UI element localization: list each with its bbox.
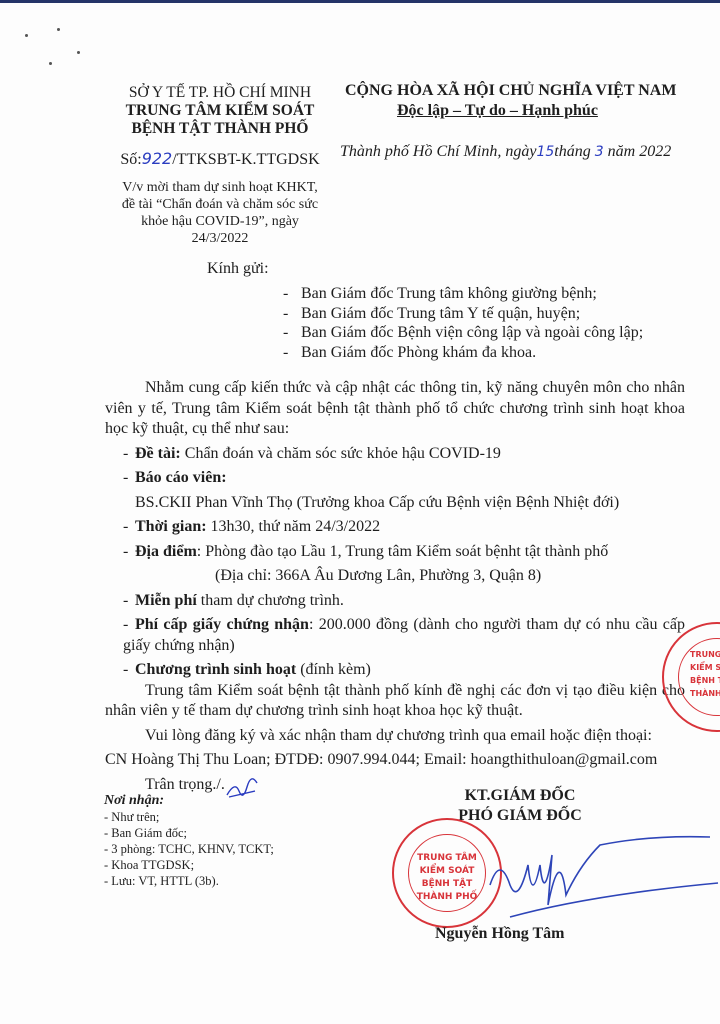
agency-name-line1: TRUNG TÂM KIỂM SOÁT bbox=[92, 102, 348, 120]
speaker-name: BS.CKII Phan Vĩnh Thọ (Trưởng khoa Cấp c… bbox=[105, 493, 685, 514]
detail-free: -Miễn phí tham dự chương trình. bbox=[105, 591, 685, 612]
signature-title-1: KT.GIÁM ĐỐC bbox=[430, 786, 610, 806]
national-header: CỘNG HÒA XÃ HỘI CHỦ NGHĨA VIỆT NAM Độc l… bbox=[335, 81, 720, 161]
intro-paragraph: Nhằm cung cấp kiến thức và cập nhật các … bbox=[105, 378, 685, 440]
top-bar bbox=[0, 0, 720, 3]
venue-address: (Địa chỉ: 366A Âu Dương Lân, Phường 3, Q… bbox=[105, 566, 685, 587]
salutation: Kính gửi: bbox=[207, 260, 269, 278]
ministry-name: SỞ Y TẾ TP. HỒ CHÍ MINH bbox=[92, 84, 348, 102]
issue-date: Thành phố Hồ Chí Minh, ngày15tháng 3 năm… bbox=[335, 143, 720, 161]
detail-program: -Chương trình sinh hoạt (đính kèm) bbox=[105, 660, 685, 681]
detail-time: -Thời gian: 13h30, thứ năm 24/3/2022 bbox=[105, 517, 685, 538]
recipient-item: -Ban Giám đốc Phòng khám đa khoa. bbox=[283, 343, 643, 363]
handwritten-month: 3 bbox=[595, 144, 604, 160]
recipient-item: -Ban Giám đốc Bệnh viện công lập và ngoà… bbox=[283, 323, 643, 343]
recipient-item: -Ban Giám đốc Trung tâm Y tế quận, huyện… bbox=[283, 304, 643, 324]
request-paragraph: Trung tâm Kiểm soát bệnh tật thành phố k… bbox=[105, 681, 685, 722]
scan-speck bbox=[77, 51, 80, 54]
contact-line1: Vui lòng đăng ký và xác nhận tham dự chư… bbox=[105, 726, 685, 747]
subject-summary: V/v mời tham dự sinh hoạt KHKT, đề tài “… bbox=[92, 179, 348, 247]
document-number: Số:922/TTKSBT-K.TTGDSK bbox=[92, 150, 348, 169]
detail-speaker: -Báo cáo viên: bbox=[105, 468, 685, 489]
scan-speck bbox=[25, 34, 28, 37]
agency-name-line2: BỆNH TẬT THÀNH PHỐ bbox=[92, 120, 348, 138]
signer-name: Nguyễn Hồng Tâm bbox=[435, 925, 565, 943]
recipient-list: -Ban Giám đốc Trung tâm không giường bện… bbox=[283, 284, 643, 362]
national-motto: Độc lập – Tự do – Hạnh phúc bbox=[335, 101, 720, 121]
distribution-title: Nơi nhận: bbox=[104, 793, 274, 809]
detail-topic: -Đề tài: Chẩn đoán và chăm sóc sức khỏe … bbox=[105, 444, 685, 465]
handwritten-number: 922 bbox=[142, 149, 173, 168]
nation-title: CỘNG HÒA XÃ HỘI CHỦ NGHĨA VIỆT NAM bbox=[335, 81, 720, 101]
scan-speck bbox=[57, 28, 60, 31]
distribution-list: Nơi nhận: - Như trên; - Ban Giám đốc; - … bbox=[104, 793, 274, 889]
handwritten-day: 15 bbox=[536, 144, 554, 160]
detail-fee: -Phí cấp giấy chứng nhận: 200.000 đồng (… bbox=[105, 615, 685, 656]
detail-venue: -Địa điểm: Phòng đào tạo Lầu 1, Trung tâ… bbox=[105, 542, 685, 563]
recipient-item: -Ban Giám đốc Trung tâm không giường bện… bbox=[283, 284, 643, 304]
scan-speck bbox=[49, 62, 52, 65]
letter-body: Nhằm cung cấp kiến thức và cập nhật các … bbox=[105, 378, 685, 799]
issuer-header: SỞ Y TẾ TP. HỒ CHÍ MINH TRUNG TÂM KIỂM S… bbox=[92, 84, 348, 247]
contact-line2: CN Hoàng Thị Thu Loan; ĐTDĐ: 0907.994.04… bbox=[105, 750, 685, 771]
